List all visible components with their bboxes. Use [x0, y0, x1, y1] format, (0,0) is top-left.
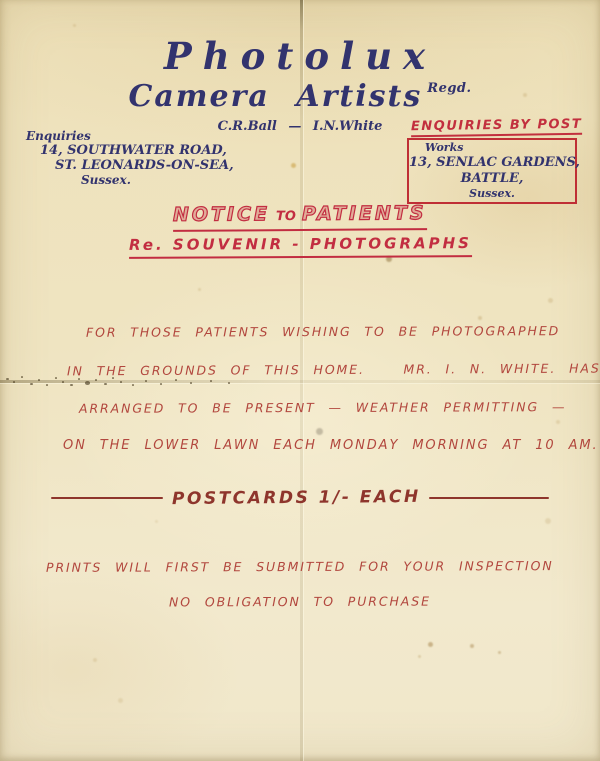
- patients-word: PATIENTS: [302, 202, 427, 225]
- foxing-spot: [93, 658, 97, 662]
- address-line: 14, SOUTHWATER ROAD,: [40, 143, 234, 158]
- postal-address-line: BATTLE,: [409, 171, 575, 186]
- subject-text: Re. SOUVENIR - PHOTOGRAPHS: [128, 234, 471, 259]
- postal-enquiries-heading: ENQUIRIES BY POST: [411, 117, 583, 137]
- address-line: Sussex.: [81, 173, 234, 187]
- letterhead-subtitle: Camera ArtistsRegd.: [0, 79, 600, 114]
- body-line-4: ON THE LOWER LAWN EACH MONDAY MORNING AT…: [63, 438, 599, 453]
- fold-dirt-speck: [175, 379, 177, 381]
- fold-dirt-speck: [145, 380, 147, 382]
- fold-dirt-speck: [132, 384, 134, 386]
- fold-dirt-speck: [38, 379, 40, 381]
- fold-dirt-speck: [30, 383, 33, 385]
- enquiries-address: Enquiries 14, SOUTHWATER ROAD, ST. LEONA…: [26, 129, 234, 187]
- notice-to-word: TO: [276, 209, 296, 224]
- foxing-spot: [316, 428, 323, 435]
- notice-heading: NOTICETOPATIENTS: [0, 203, 600, 231]
- foxing-spot: [556, 420, 560, 424]
- fold-dirt-speck: [21, 376, 23, 378]
- body-line-2: IN THE GROUNDS OF THIS HOME. MR. I. N. W…: [67, 361, 600, 379]
- postal-address-line: 13, SENLAC GARDENS,: [409, 155, 575, 170]
- footer-line-1: PRINTS WILL FIRST BE SUBMITTED FOR YOUR …: [0, 556, 600, 575]
- price-text: POSTCARDS 1/- EACH: [172, 487, 421, 509]
- footer-line-2: NO OBLIGATION TO PURCHASE: [0, 591, 600, 610]
- subject-line: Re. SOUVENIR - PHOTOGRAPHS: [0, 234, 600, 258]
- fold-dirt-speck: [210, 380, 212, 382]
- price-dash-right: [429, 497, 549, 499]
- scanned-letter: Photolux Camera ArtistsRegd. C.R.Ball — …: [0, 0, 600, 761]
- foxing-spot: [291, 163, 296, 168]
- price-dash-left: [51, 497, 163, 499]
- foxing-spot: [418, 655, 421, 658]
- fold-dirt-speck: [85, 381, 90, 385]
- foxing-spot: [470, 644, 474, 648]
- footer-text-1: PRINTS WILL FIRST BE SUBMITTED FOR YOUR …: [46, 558, 554, 575]
- address-line: ST. LEONARDS-ON-SEA,: [55, 158, 234, 173]
- body-line-3: ARRANGED TO BE PRESENT — WEATHER PERMITT…: [79, 399, 566, 416]
- fold-dirt-speck: [55, 377, 57, 379]
- foxing-spot: [155, 520, 158, 523]
- horizontal-fold-crease: [0, 380, 600, 383]
- fold-dirt-speck: [190, 382, 192, 384]
- fold-dirt-speck: [120, 381, 122, 383]
- price-line: POSTCARDS 1/- EACH: [0, 488, 600, 508]
- fold-dirt-speck: [95, 379, 97, 381]
- fold-dirt-speck: [46, 384, 48, 386]
- fold-dirt-speck: [62, 381, 64, 383]
- footer-text-2: NO OBLIGATION TO PURCHASE: [169, 594, 431, 610]
- fold-dirt-speck: [228, 382, 230, 384]
- postal-enquiries-box: Works 13, SENLAC GARDENS, BATTLE, Sussex…: [407, 138, 577, 204]
- registered-mark: Regd.: [427, 81, 471, 96]
- foxing-spot: [118, 698, 123, 703]
- foxing-spot: [428, 642, 433, 647]
- fold-dirt-speck: [104, 383, 107, 385]
- fold-dirt-speck: [160, 383, 162, 385]
- foxing-spot: [478, 316, 482, 320]
- enquiries-label: Enquiries: [26, 129, 234, 143]
- letterhead-title: Photolux: [0, 34, 600, 78]
- foxing-spot: [545, 518, 551, 524]
- notice-word: NOTICE: [173, 203, 270, 226]
- foxing-spot: [198, 288, 201, 291]
- foxing-spot: [498, 651, 501, 654]
- foxing-spot: [73, 24, 76, 27]
- body-line-1: FOR THOSE PATIENTS WISHING TO BE PHOTOGR…: [86, 323, 560, 340]
- postal-address-line: Sussex.: [409, 187, 575, 200]
- letterhead-subtitle-text: Camera Artists: [128, 79, 422, 114]
- foxing-spot: [548, 298, 553, 303]
- fold-dirt-speck: [13, 381, 15, 383]
- fold-dirt-speck: [70, 384, 73, 386]
- works-label: Works: [425, 141, 575, 154]
